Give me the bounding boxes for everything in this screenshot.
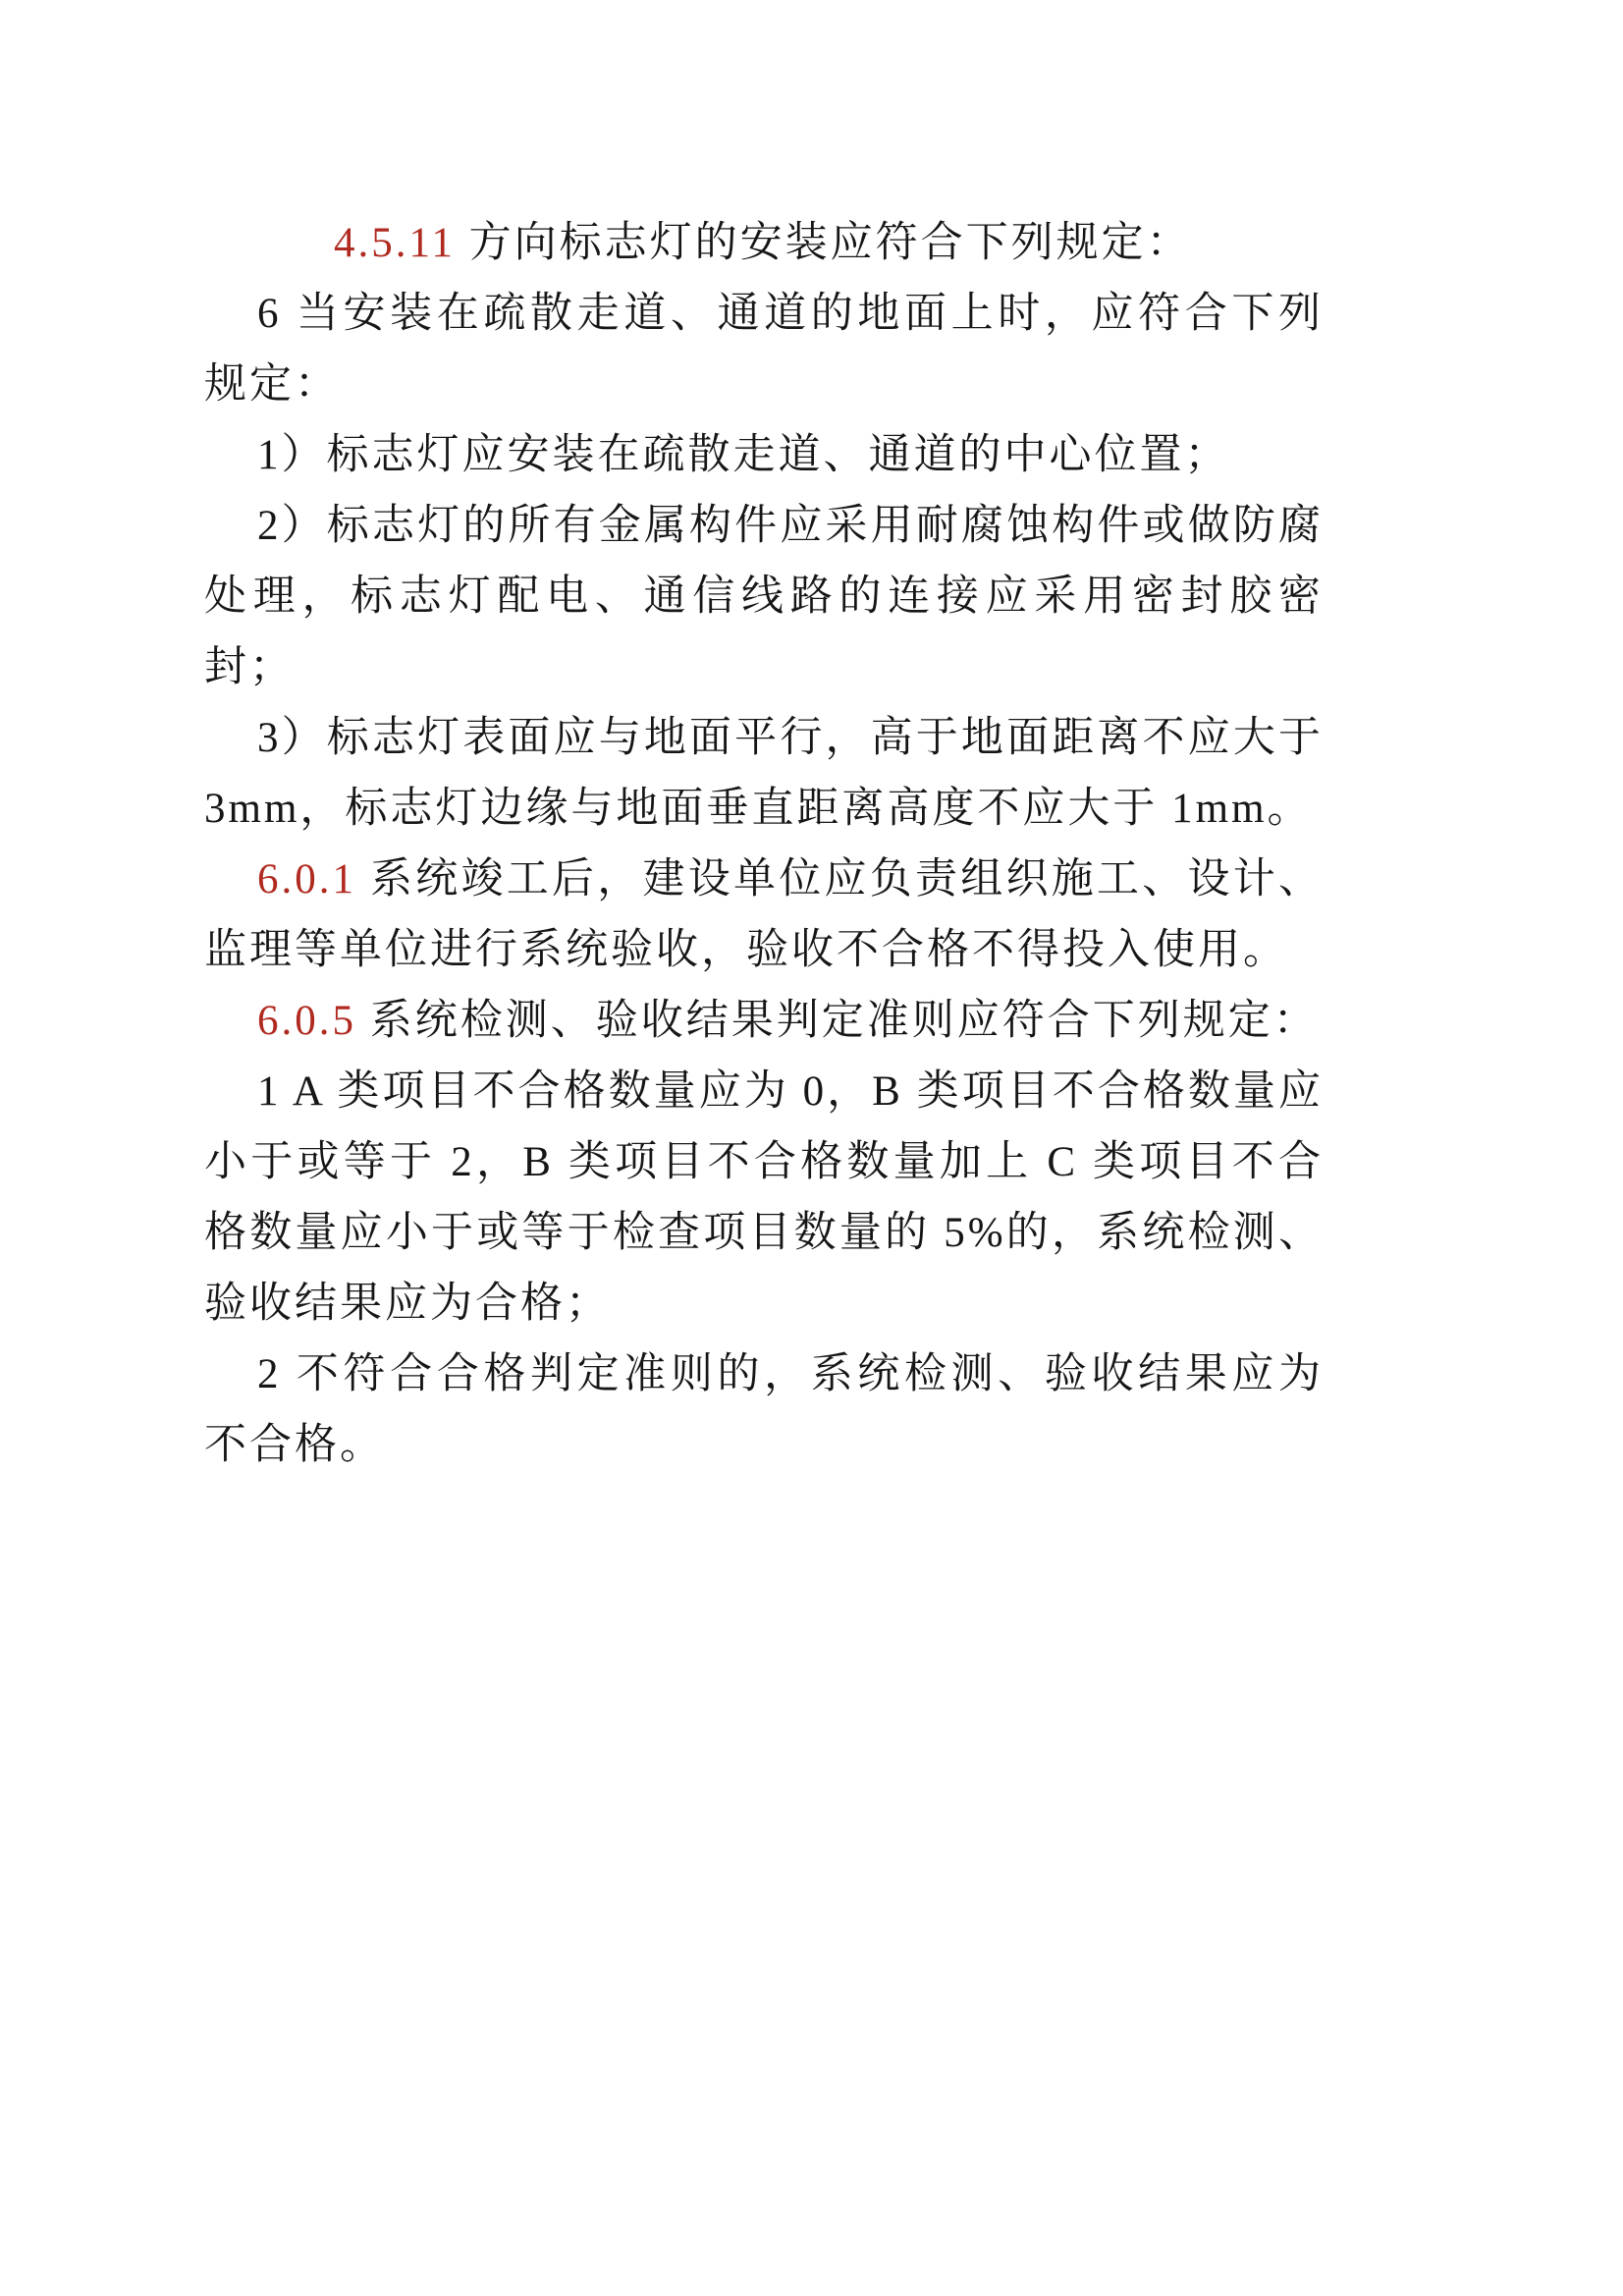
paragraph-text: 系统检测、验收结果判定准则应符合下列规定： — [370, 998, 1319, 1044]
paragraph: 4.5.11 方向标志灯的安装应符合下列规定： — [204, 208, 1324, 279]
paragraph-text: 系统竣工后，建设单位应负责组织施工、设计、监理等单位进行系统验收，验收不合格不得… — [204, 856, 1324, 973]
section-number: 6.0.1 — [257, 856, 370, 902]
document-text-block: 4.5.11 方向标志灯的安装应符合下列规定： 6 当安装在疏散走道、通道的地面… — [204, 208, 1324, 1481]
paragraph: 6.0.5 系统检测、验收结果判定准则应符合下列规定： — [204, 986, 1324, 1057]
document-page: 4.5.11 方向标志灯的安装应符合下列规定： 6 当安装在疏散走道、通道的地面… — [0, 0, 1623, 2296]
paragraph-text: 1）标志灯应安装在疏散走道、通道的中心位置； — [257, 432, 1230, 478]
paragraph-text: 2 不符合合格判定准则的，系统检测、验收结果应为不合格。 — [204, 1351, 1324, 1468]
paragraph-text: 1 A 类项目不合格数量应为 0，B 类项目不合格数量应小于或等于 2，B 类项… — [204, 1068, 1324, 1327]
paragraph: 1）标志灯应安装在疏散走道、通道的中心位置； — [204, 420, 1324, 491]
paragraph-text: 2）标志灯的所有金属构件应采用耐腐蚀构件或做防腐处理，标志灯配电、通信线路的连接… — [204, 503, 1324, 690]
paragraph: 2 不符合合格判定准则的，系统检测、验收结果应为不合格。 — [204, 1339, 1324, 1481]
paragraph: 1 A 类项目不合格数量应为 0，B 类项目不合格数量应小于或等于 2，B 类项… — [204, 1057, 1324, 1339]
paragraph-text: 6 当安装在疏散走道、通道的地面上时，应符合下列规定： — [204, 291, 1324, 408]
section-number: 4.5.11 — [334, 220, 469, 266]
paragraph-text: 方向标志灯的安装应符合下列规定： — [469, 220, 1192, 266]
paragraph: 6.0.1 系统竣工后，建设单位应负责组织施工、设计、监理等单位进行系统验收，验… — [204, 845, 1324, 986]
section-number: 6.0.5 — [257, 998, 370, 1044]
paragraph-text: 3）标志灯表面应与地面平行，高于地面距离不应大于 3mm，标志灯边缘与地面垂直距… — [204, 715, 1324, 832]
paragraph: 2）标志灯的所有金属构件应采用耐腐蚀构件或做防腐处理，标志灯配电、通信线路的连接… — [204, 491, 1324, 703]
paragraph: 6 当安装在疏散走道、通道的地面上时，应符合下列规定： — [204, 279, 1324, 420]
paragraph: 3）标志灯表面应与地面平行，高于地面距离不应大于 3mm，标志灯边缘与地面垂直距… — [204, 703, 1324, 845]
